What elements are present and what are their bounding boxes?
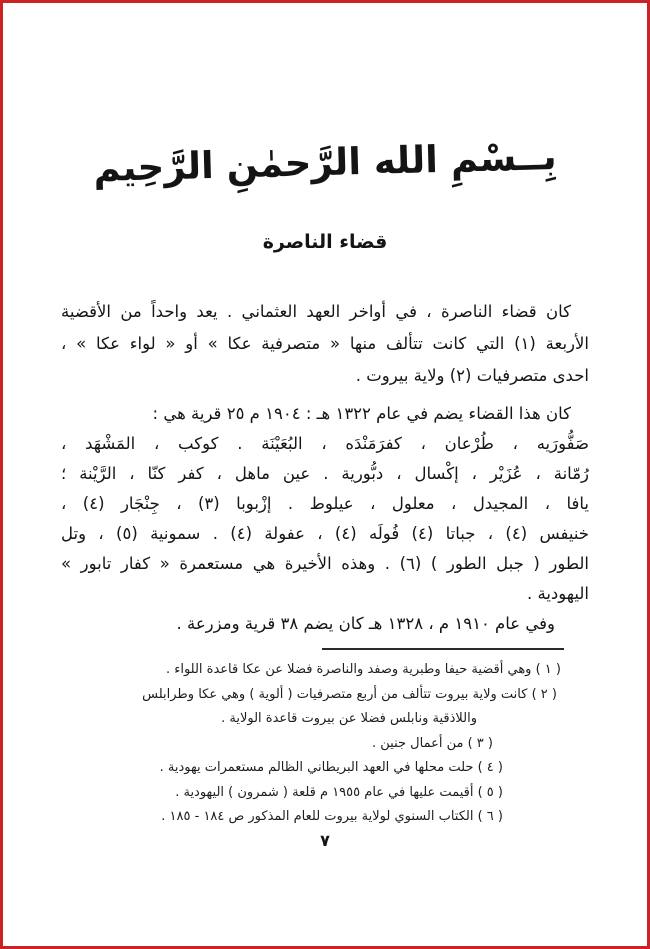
text-line: الطور ( جبل الطور ) (٦) . وهذه الأخيرة ه… xyxy=(61,549,589,579)
text-line: خنيفس (٤) ، جباتا (٤) فُولَه (٤) ، عفولة… xyxy=(61,519,589,549)
text-line: الأربعة (١) التي كانت تتألف منها « متصرف… xyxy=(61,328,589,360)
page-number: ٧ xyxy=(3,831,647,850)
text-line: احدى متصرفيات (٢) ولاية بيروت . xyxy=(61,360,589,392)
footnote-1: ( ١ ) وهي أقضية حيفا وطبرية وصفد والناصر… xyxy=(61,658,589,683)
paragraph-villages: كان هذا القضاء يضم في عام ١٣٢٢ هـ : ١٩٠٤… xyxy=(61,399,589,609)
text-line: وفي عام ١٩١٠ م ، ١٣٢٨ هـ كان يضم ٣٨ قرية… xyxy=(61,611,589,637)
footnote-5: ( ٥ ) أقيمت عليها في عام ١٩٥٥ م قلعة ( ش… xyxy=(61,781,589,806)
footnote-separator xyxy=(322,648,564,650)
footnote-3: ( ٣ ) من أعمال جنين . xyxy=(61,732,589,757)
paragraph-1910: وفي عام ١٩١٠ م ، ١٣٢٨ هـ كان يضم ٣٨ قرية… xyxy=(61,611,589,637)
text-line: كان هذا القضاء يضم في عام ١٣٢٢ هـ : ١٩٠٤… xyxy=(61,399,589,429)
paragraph-intro: كان قضاء الناصرة ، في أواخر العهد العثما… xyxy=(61,296,589,392)
text-line: يافا ، المجيدل ، معلول ، عيلوط . إزْبوبا… xyxy=(61,489,589,519)
text-line: صَفُّورَيه ، طُرْعان ، كفرَمَنْدَه ، الب… xyxy=(61,429,589,459)
footnote-6: ( ٦ ) الكتاب السنوي لولاية بيروت للعام ا… xyxy=(61,805,589,830)
text-line: كان قضاء الناصرة ، في أواخر العهد العثما… xyxy=(61,296,589,328)
basmala-calligraphy: بِــسْمِ الله الرَّحمٰنِ الرَّحِيم xyxy=(3,133,648,193)
footnotes-section: ( ١ ) وهي أقضية حيفا وطبرية وصفد والناصر… xyxy=(61,658,589,830)
footnote-2-continued: واللاذقية ونابلس فضلا عن بيروت قاعدة الو… xyxy=(61,707,589,732)
text-line: رُمّانة ، عُزَيْر ، إكْسال ، دبُّورية . … xyxy=(61,459,589,489)
footnote-2: ( ٢ ) كانت ولاية بيروت تتألف من أربع متص… xyxy=(61,683,589,708)
footnote-4: ( ٤ ) حلت محلها في العهد البريطاني الظال… xyxy=(61,756,589,781)
book-page: بِــسْمِ الله الرَّحمٰنِ الرَّحِيم قضاء … xyxy=(0,0,650,949)
text-line: اليهودية . xyxy=(61,579,589,609)
chapter-title: قضاء الناصرة xyxy=(3,231,647,253)
